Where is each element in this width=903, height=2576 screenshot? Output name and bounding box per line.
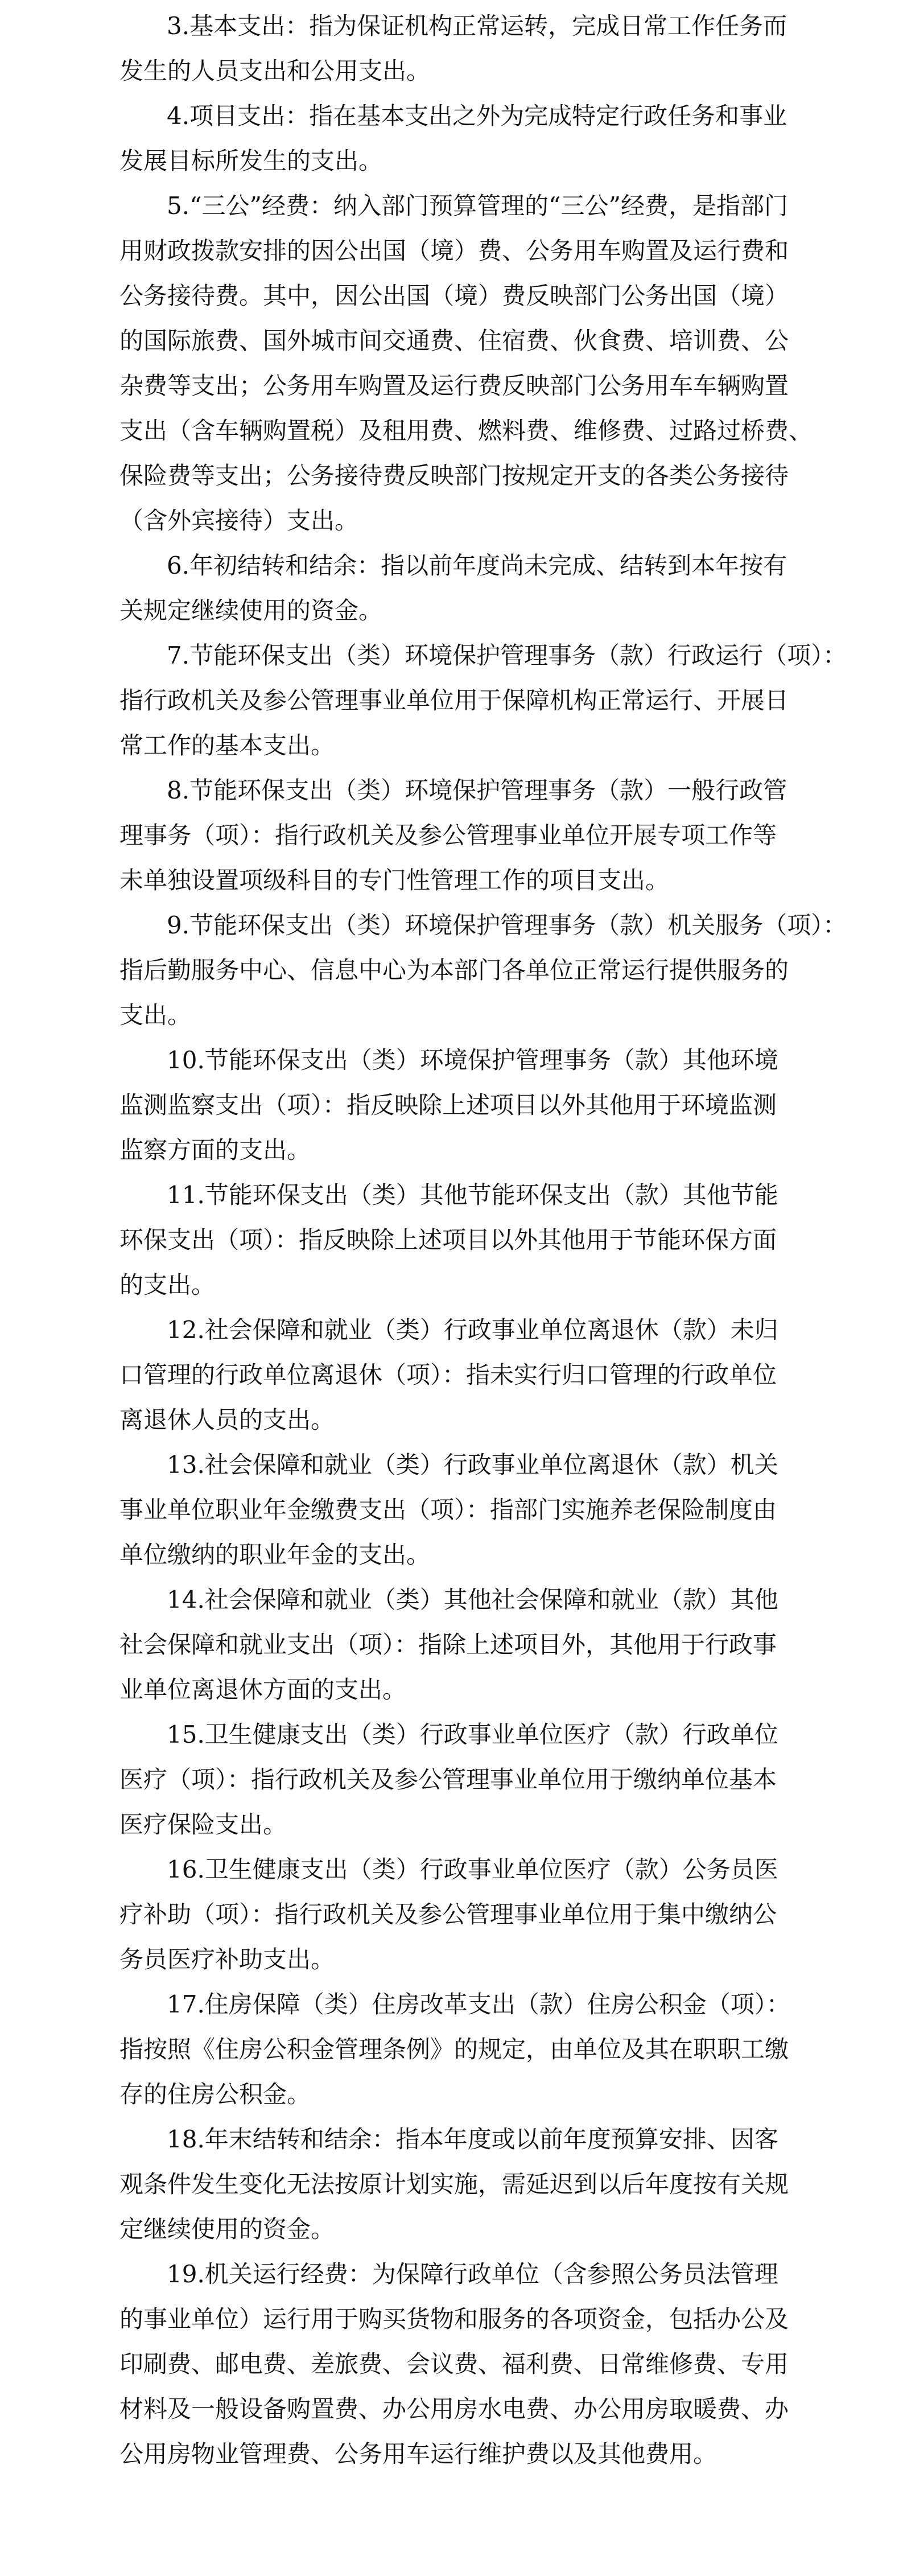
paragraph-text-line: 务员医疗补助支出。 [119,1937,766,1982]
paragraph-item-7: 7.节能环保支出（类）环境保护管理事务（款）行政运行（项）：指行政机关及参公管理… [119,633,766,768]
paragraph-text-line: 社会保障和就业支出（项）：指除上述项目外，其他用于行政事 [119,1622,766,1667]
paragraph-heading-line: 9.节能环保支出（类）环境保护管理事务（款）机关服务（项）： [119,903,766,948]
paragraph-text-line: 的事业单位）运行用于购买货物和服务的各项资金，包括办公及 [119,2297,766,2342]
paragraph-heading-line: 11.节能环保支出（类）其他节能环保支出（款）其他节能 [119,1172,766,1217]
paragraph-heading-line: 17.住房保障（类）住房改革支出（款）住房公积金（项）： [119,1982,766,2027]
paragraph-text-line: 常工作的基本支出。 [119,723,766,768]
paragraph-text-line: 发生的人员支出和公用支出。 [119,48,766,93]
paragraph-text-line: 材料及一般设备购置费、办公用房水电费、办公用房取暖费、办 [119,2386,766,2431]
document-page: 3.基本支出：指为保证机构正常运转，完成日常工作任务而发生的人员支出和公用支出。… [119,3,766,2476]
paragraph-text-line: （含外宾接待）支出。 [119,498,766,543]
paragraph-text-line: 环保支出（项）：指反映除上述项目以外其他用于节能环保方面 [119,1217,766,1262]
paragraph-heading-line: 10.节能环保支出（类）环境保护管理事务（款）其他环境 [119,1038,766,1083]
paragraph-text-line: 的国际旅费、国外城市间交通费、住宿费、伙食费、培训费、公 [119,318,766,363]
paragraph-heading-line: 8.节能环保支出（类）环境保护管理事务（款）一般行政管 [119,768,766,813]
paragraph-item-17: 17.住房保障（类）住房改革支出（款）住房公积金（项）：指按照《住房公积金管理条… [119,1982,766,2117]
paragraph-item-14: 14.社会保障和就业（类）其他社会保障和就业（款）其他社会保障和就业支出（项）：… [119,1577,766,1712]
paragraph-heading-line: 5.“三公”经费：纳入部门预算管理的“三公”经费，是指部门 [119,183,766,228]
paragraph-heading-line: 19.机关运行经费：为保障行政单位（含参照公务员法管理 [119,2252,766,2297]
paragraph-text-line: 指按照《住房公积金管理条例》的规定，由单位及其在职职工缴 [119,2027,766,2072]
paragraph-text-line: 指后勤服务中心、信息中心为本部门各单位正常运行提供服务的 [119,948,766,993]
paragraph-item-19: 19.机关运行经费：为保障行政单位（含参照公务员法管理的事业单位）运行用于购买货… [119,2252,766,2476]
paragraph-text-line: 存的住房公积金。 [119,2072,766,2117]
paragraph-text-line: 用财政拨款安排的因公出国（境）费、公务用车购置及运行费和 [119,228,766,273]
paragraph-text-line: 支出。 [119,993,766,1038]
paragraph-text-line: 指行政机关及参公管理事业单位用于保障机构正常运行、开展日 [119,678,766,723]
paragraph-text-line: 医疗（项）：指行政机关及参公管理事业单位用于缴纳单位基本 [119,1757,766,1802]
paragraph-heading-line: 4.项目支出：指在基本支出之外为完成特定行政任务和事业 [119,93,766,138]
paragraph-item-11: 11.节能环保支出（类）其他节能环保支出（款）其他节能环保支出（项）：指反映除上… [119,1172,766,1307]
paragraph-heading-line: 6.年初结转和结余：指以前年度尚未完成、结转到本年按有 [119,543,766,588]
paragraph-text-line: 监察方面的支出。 [119,1127,766,1172]
paragraph-item-13: 13.社会保障和就业（类）行政事业单位离退休（款）机关事业单位职业年金缴费支出（… [119,1442,766,1577]
paragraph-heading-line: 14.社会保障和就业（类）其他社会保障和就业（款）其他 [119,1577,766,1622]
paragraph-text-line: 关规定继续使用的资金。 [119,588,766,633]
paragraph-text-line: 业单位离退休方面的支出。 [119,1667,766,1712]
paragraph-item-8: 8.节能环保支出（类）环境保护管理事务（款）一般行政管理事务（项）：指行政机关及… [119,768,766,903]
paragraph-text-line: 离退休人员的支出。 [119,1397,766,1442]
paragraph-text-line: 公用房物业管理费、公务用车运行维护费以及其他费用。 [119,2431,766,2476]
paragraph-heading-line: 13.社会保障和就业（类）行政事业单位离退休（款）机关 [119,1442,766,1487]
paragraph-text-line: 发展目标所发生的支出。 [119,138,766,183]
paragraph-heading-line: 16.卫生健康支出（类）行政事业单位医疗（款）公务员医 [119,1847,766,1892]
paragraph-item-12: 12.社会保障和就业（类）行政事业单位离退休（款）未归口管理的行政单位离退休（项… [119,1307,766,1442]
paragraph-text-line: 事业单位职业年金缴费支出（项）：指部门实施养老保险制度由 [119,1487,766,1532]
paragraph-item-18: 18.年末结转和结余：指本年度或以前年度预算安排、因客观条件发生变化无法按原计划… [119,2117,766,2252]
paragraph-text-line: 观条件发生变化无法按原计划实施，需延迟到以后年度按有关规 [119,2162,766,2207]
paragraph-text-line: 杂费等支出；公务用车购置及运行费反映部门公务用车车辆购置 [119,363,766,408]
paragraph-text-line: 支出（含车辆购置税）及租用费、燃料费、维修费、过路过桥费、 [119,408,766,453]
paragraph-item-15: 15.卫生健康支出（类）行政事业单位医疗（款）行政单位医疗（项）：指行政机关及参… [119,1712,766,1847]
paragraph-heading-line: 7.节能环保支出（类）环境保护管理事务（款）行政运行（项）： [119,633,766,678]
paragraph-text-line: 医疗保险支出。 [119,1802,766,1847]
paragraph-item-5: 5.“三公”经费：纳入部门预算管理的“三公”经费，是指部门用财政拨款安排的因公出… [119,183,766,543]
paragraph-text-line: 印刷费、邮电费、差旅费、会议费、福利费、日常维修费、专用 [119,2342,766,2386]
paragraph-text-line: 公务接待费。其中，因公出国（境）费反映部门公务出国（境） [119,273,766,318]
paragraph-text-line: 理事务（项）：指行政机关及参公管理事业单位开展专项工作等 [119,813,766,858]
paragraph-text-line: 口管理的行政单位离退休（项）：指未实行归口管理的行政单位 [119,1352,766,1397]
paragraph-text-line: 单位缴纳的职业年金的支出。 [119,1532,766,1577]
paragraph-item-9: 9.节能环保支出（类）环境保护管理事务（款）机关服务（项）：指后勤服务中心、信息… [119,903,766,1038]
paragraph-text-line: 的支出。 [119,1262,766,1307]
paragraph-heading-line: 18.年末结转和结余：指本年度或以前年度预算安排、因客 [119,2117,766,2162]
paragraph-text-line: 保险费等支出；公务接待费反映部门按规定开支的各类公务接待 [119,453,766,498]
paragraph-text-line: 疗补助（项）：指行政机关及参公管理事业单位用于集中缴纳公 [119,1892,766,1937]
paragraph-item-16: 16.卫生健康支出（类）行政事业单位医疗（款）公务员医疗补助（项）：指行政机关及… [119,1847,766,1982]
paragraph-item-4: 4.项目支出：指在基本支出之外为完成特定行政任务和事业发展目标所发生的支出。 [119,93,766,183]
paragraph-text-line: 监测监察支出（项）：指反映除上述项目以外其他用于环境监测 [119,1083,766,1127]
paragraph-heading-line: 3.基本支出：指为保证机构正常运转，完成日常工作任务而 [119,3,766,48]
paragraph-heading-line: 12.社会保障和就业（类）行政事业单位离退休（款）未归 [119,1307,766,1352]
paragraph-text-line: 定继续使用的资金。 [119,2207,766,2252]
paragraph-item-6: 6.年初结转和结余：指以前年度尚未完成、结转到本年按有关规定继续使用的资金。 [119,543,766,633]
paragraph-item-3: 3.基本支出：指为保证机构正常运转，完成日常工作任务而发生的人员支出和公用支出。 [119,3,766,93]
paragraph-heading-line: 15.卫生健康支出（类）行政事业单位医疗（款）行政单位 [119,1712,766,1757]
paragraph-text-line: 未单独设置项级科目的专门性管理工作的项目支出。 [119,858,766,903]
paragraph-item-10: 10.节能环保支出（类）环境保护管理事务（款）其他环境监测监察支出（项）：指反映… [119,1038,766,1172]
